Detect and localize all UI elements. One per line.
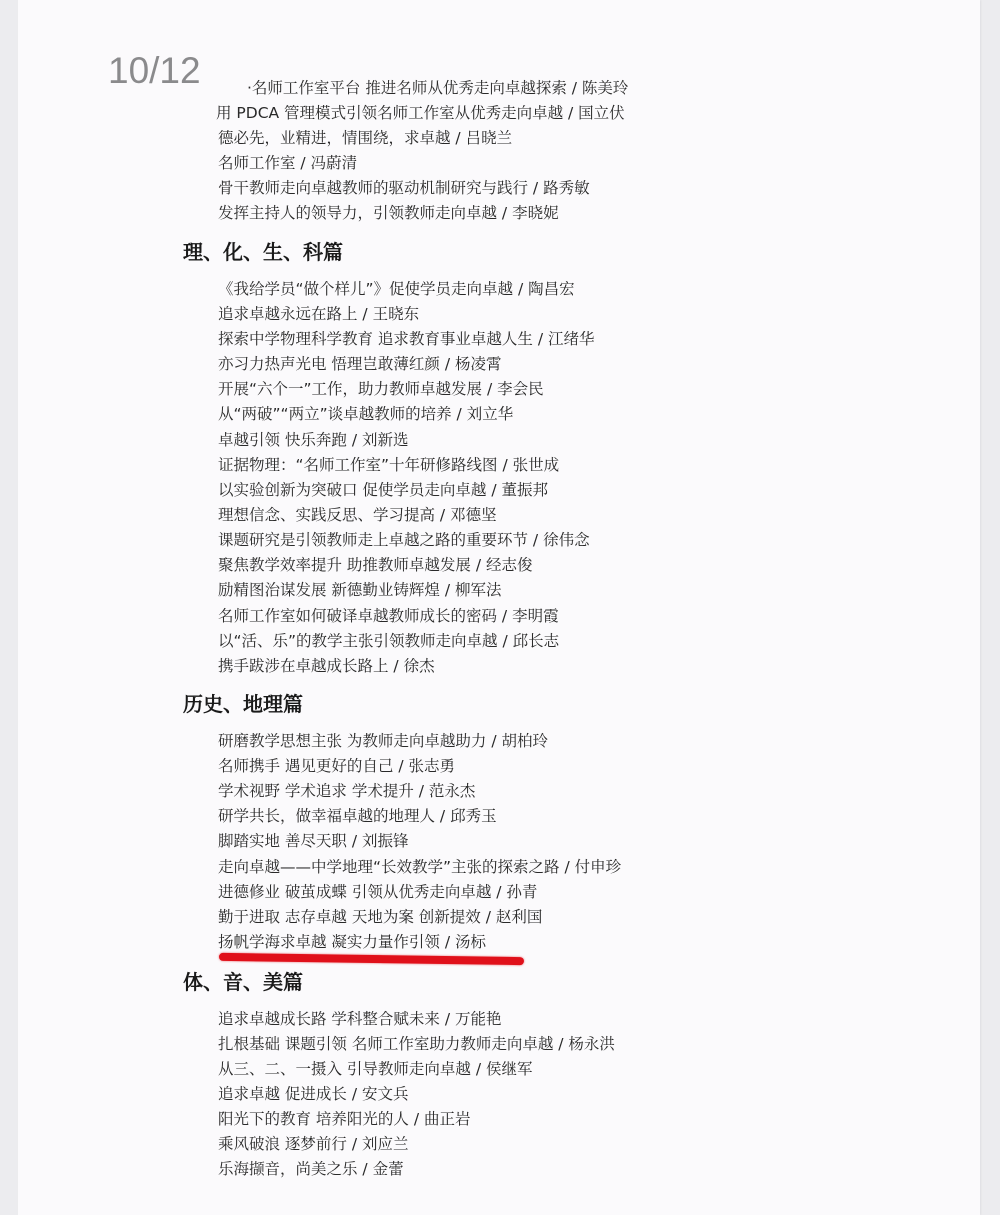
toc-item: 以实验创新为突破口 促使学员走向卓越 / 董振邦: [218, 480, 548, 500]
toc-item: 德必先，业精进，情围绕，求卓越 / 吕晓兰: [218, 128, 512, 148]
toc-item: 追求卓越永远在路上 / 王晓东: [218, 304, 419, 324]
toc-item: 骨干教师走向卓越教师的驱动机制研究与践行 / 路秀敏: [218, 178, 590, 198]
toc-item: 脚踏实地 善尽天职 / 刘振锋: [218, 831, 409, 851]
toc-item: 以“活、乐”的教学主张引领教师走向卓越 / 邱长志: [218, 631, 559, 651]
toc-item: 开展“六个一”工作，助力教师卓越发展 / 李会民: [218, 379, 544, 399]
section-heading: 体、音、美篇: [183, 970, 303, 994]
toc-item: 课题研究是引领教师走上卓越之路的重要环节 / 徐伟念: [218, 530, 590, 550]
toc-item: 名师携手 遇见更好的自己 / 张志勇: [218, 756, 455, 776]
toc-item: 励精图治谋发展 新德勤业铸辉煌 / 柳军法: [218, 580, 502, 600]
toc-item: 《我给学员“做个样儿”》促使学员走向卓越 / 陶昌宏: [218, 279, 575, 299]
section-heading: 历史、地理篇: [183, 692, 303, 716]
toc-item: 追求卓越成长路 学科整合赋未来 / 万能艳: [218, 1009, 502, 1029]
toc-item: 名师工作室 / 冯蔚清: [218, 153, 357, 173]
page-counter: 10/12: [108, 50, 201, 92]
red-highlight-underline: [219, 953, 524, 965]
toc-item: 探索中学物理科学教育 追求教育事业卓越人生 / 江绪华: [218, 329, 595, 349]
toc-item: 研磨教学思想主张 为教师走向卓越助力 / 胡柏玲: [218, 731, 548, 751]
toc-item: 亦习力热声光电 悟理岂敢薄红颜 / 杨凌霄: [218, 354, 502, 374]
toc-item: 勤于进取 志存卓越 天地为案 创新提效 / 赵利国: [218, 907, 542, 927]
toc-item: 研学共长，做幸福卓越的地理人 / 邱秀玉: [218, 806, 497, 826]
toc-item: 理想信念、实践反思、学习提高 / 邓德坚: [218, 505, 497, 525]
toc-item: 乐海撷音，尚美之乐 / 金蕾: [218, 1159, 404, 1179]
toc-item: 发挥主持人的领导力，引领教师走向卓越 / 李晓妮: [218, 203, 559, 223]
toc-item: 卓越引领 快乐奔跑 / 刘新选: [218, 430, 409, 450]
toc-item: 从三、二、一摄入 引导教师走向卓越 / 侯继军: [218, 1059, 533, 1079]
toc-item: 从“两破”“两立”谈卓越教师的培养 / 刘立华: [218, 404, 513, 424]
toc-item: 追求卓越 促进成长 / 安文兵: [218, 1084, 409, 1104]
toc-item: 扎根基础 课题引领 名师工作室助力教师走向卓越 / 杨永洪: [218, 1034, 615, 1054]
toc-item: 携手跋涉在卓越成长路上 / 徐杰: [218, 656, 435, 676]
toc-item: 证据物理：“名师工作室”十年研修路线图 / 张世成: [218, 455, 559, 475]
toc-item: 乘风破浪 逐梦前行 / 刘应兰: [218, 1134, 409, 1154]
toc-item: 用 PDCA 管理模式引领名师工作室从优秀走向卓越 / 国立伏: [216, 103, 625, 123]
toc-item: 走向卓越——中学地理“长效教学”主张的探索之路 / 付申珍: [218, 857, 621, 877]
toc-item: ·名师工作室平台 推进名师从优秀走向卓越探索 / 陈美玲: [247, 78, 628, 98]
toc-item-highlighted: 扬帆学海求卓越 凝实力量作引领 / 汤标: [218, 932, 486, 952]
section-heading: 理、化、生、科篇: [183, 240, 343, 264]
toc-item: 聚焦教学效率提升 助推教师卓越发展 / 经志俊: [218, 555, 533, 575]
toc-item: 进德修业 破茧成蝶 引领从优秀走向卓越 / 孙青: [218, 882, 537, 902]
document-page: 10/12 ·名师工作室平台 推进名师从优秀走向卓越探索 / 陈美玲 用 PDC…: [18, 0, 980, 1215]
toc-item: 阳光下的教育 培养阳光的人 / 曲正岩: [218, 1109, 471, 1129]
toc-item: 名师工作室如何破译卓越教师成长的密码 / 李明霞: [218, 606, 559, 626]
toc-item: 学术视野 学术追求 学术提升 / 范永杰: [218, 781, 475, 801]
